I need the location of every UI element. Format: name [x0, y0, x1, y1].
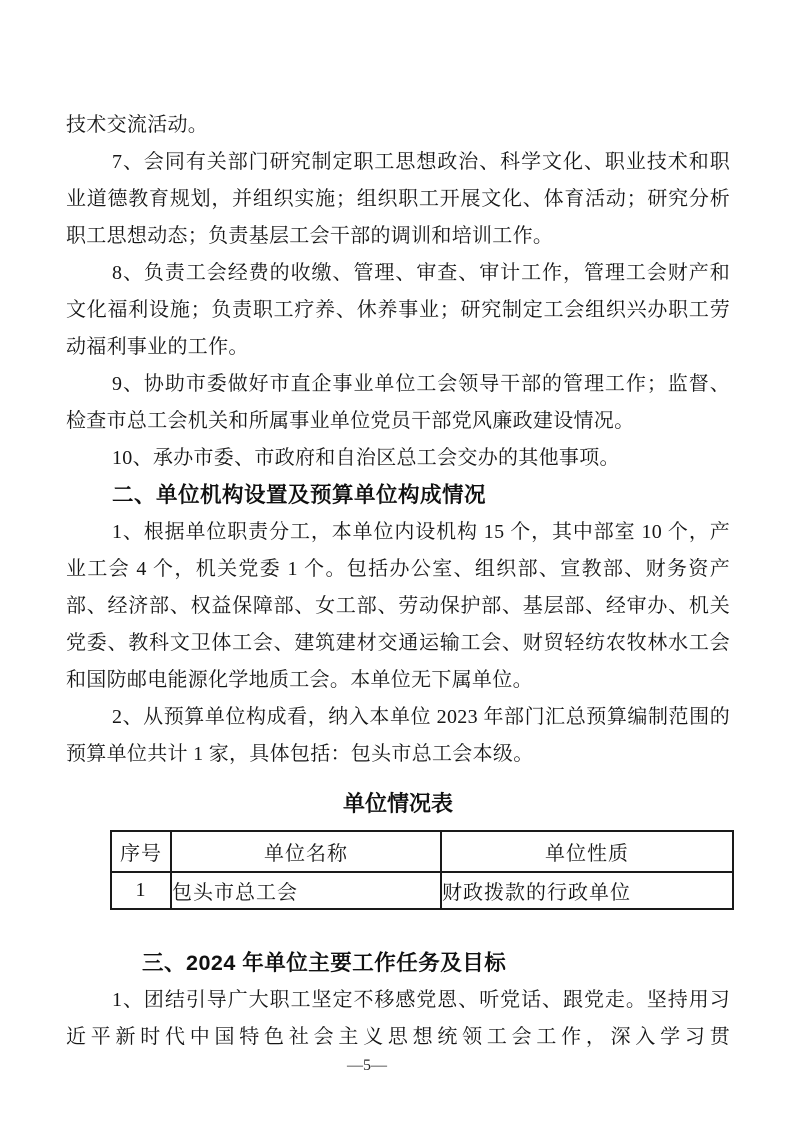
- page-number: —5—: [0, 1056, 734, 1076]
- section2-heading: 二、单位机构设置及预算单位构成情况: [66, 477, 730, 514]
- duty-item-9: 9、协助市委做好市直企事业单位工会领导干部的管理工作；监督、检查市总工会机关和所…: [66, 366, 730, 440]
- unit-table-row: 1 包头市总工会 财政拨款的行政单位: [111, 872, 733, 909]
- column-header-unit-type: 单位性质: [441, 831, 733, 872]
- section3-paragraph-1: 1、团结引导广大职工坚定不移感党恩、听党话、跟党走。坚持用习近平新时代中国特色社…: [66, 982, 730, 1056]
- paragraph-continuation: 技术交流活动。: [66, 107, 730, 144]
- section2-paragraph-1: 1、根据单位职责分工，本单位内设机构 15 个，其中部室 10 个，产业工会 4…: [66, 514, 730, 699]
- section3-heading: 三、2024 年单位主要工作任务及目标: [66, 945, 730, 982]
- duty-item-10: 10、承办市委、市政府和自治区总工会交办的其他事项。: [66, 440, 730, 477]
- column-header-index: 序号: [111, 831, 171, 872]
- cell-row-index: 1: [111, 872, 171, 909]
- page-content: 技术交流活动。 7、会同有关部门研究制定职工思想政治、科学文化、职业技术和职业道…: [0, 0, 794, 1056]
- unit-table-title: 单位情况表: [66, 785, 730, 822]
- cell-unit-name: 包头市总工会: [171, 872, 441, 909]
- section2-paragraph-2: 2、从预算单位构成看，纳入本单位 2023 年部门汇总预算编制范围的预算单位共计…: [66, 699, 730, 773]
- cell-unit-type: 财政拨款的行政单位: [441, 872, 733, 909]
- column-header-unit-name: 单位名称: [171, 831, 441, 872]
- duty-item-8: 8、负责工会经费的收缴、管理、审查、审计工作，管理工会财产和文化福利设施；负责职…: [66, 255, 730, 366]
- unit-table-header-row: 序号 单位名称 单位性质: [111, 831, 733, 872]
- duty-item-7: 7、会同有关部门研究制定职工思想政治、科学文化、职业技术和职业道德教育规划，并组…: [66, 144, 730, 255]
- document-page: 技术交流活动。 7、会同有关部门研究制定职工思想政治、科学文化、职业技术和职业道…: [0, 0, 794, 1123]
- unit-info-table: 序号 单位名称 单位性质 1 包头市总工会 财政拨款的行政单位: [110, 830, 734, 910]
